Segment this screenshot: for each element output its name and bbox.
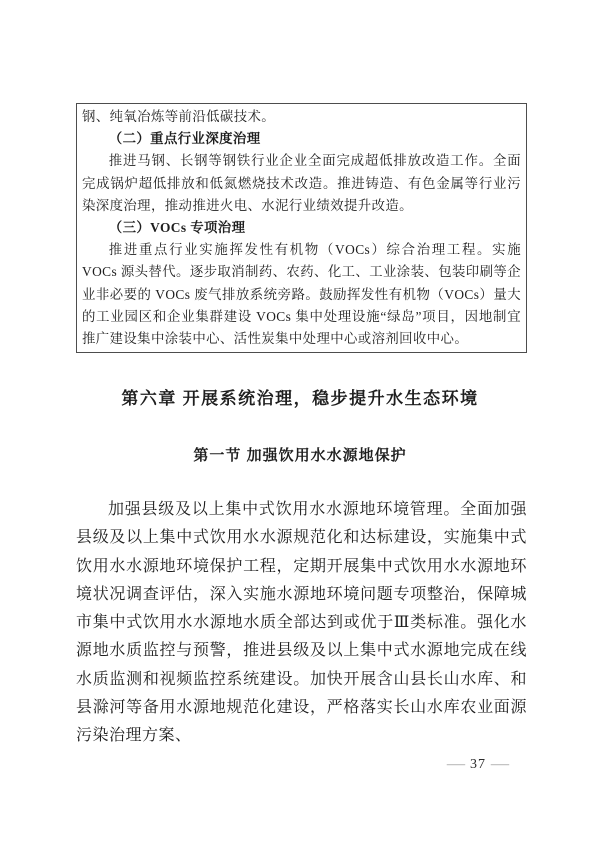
subheading-item-two: （二）重点行业深度治理 <box>82 128 521 150</box>
chapter-heading: 第六章 开展系统治理，稳步提升水生态环境 <box>0 384 600 409</box>
page-footer: — 37 — <box>449 757 507 773</box>
document-page: 钢、纯氧冶炼等前沿低碳技术。 （二）重点行业深度治理 推进马钢、长钢等钢铁行业企… <box>0 0 600 848</box>
lead-sentence: 加强县级及以上集中式饮用水水源地环境管理。 <box>108 501 460 518</box>
subheading-item-three: （三）VOCs 专项治理 <box>82 217 521 239</box>
section-heading: 第一节 加强饮用水水源地保护 <box>0 444 600 465</box>
footer-dash-left: — <box>447 757 465 773</box>
page-number: 37 <box>470 757 486 773</box>
paragraph-vocs-treatment: 推进重点行业实施挥发性有机物（VOCs）综合治理工程。实施 VOCs 源头替代。… <box>82 239 521 350</box>
paragraph-text: 全面加强县级及以上集中式饮用水水源规范化和达标建设，实施集中式饮用水水源地环境保… <box>76 501 527 744</box>
paragraph-deep-treatment: 推进马钢、长钢等钢铁行业企业全面完成超低排放改造工作。全面完成锅炉超低排放和低氮… <box>82 150 521 217</box>
footer-dash-right: — <box>491 757 509 773</box>
boxed-text-block: 钢、纯氧冶炼等前沿低碳技术。 （二）重点行业深度治理 推进马钢、长钢等钢铁行业企… <box>76 103 527 353</box>
paragraph-continuation: 钢、纯氧冶炼等前沿低碳技术。 <box>82 106 521 128</box>
body-paragraph: 加强县级及以上集中式饮用水水源地环境管理。全面加强县级及以上集中式饮用水水源规范… <box>76 496 527 751</box>
